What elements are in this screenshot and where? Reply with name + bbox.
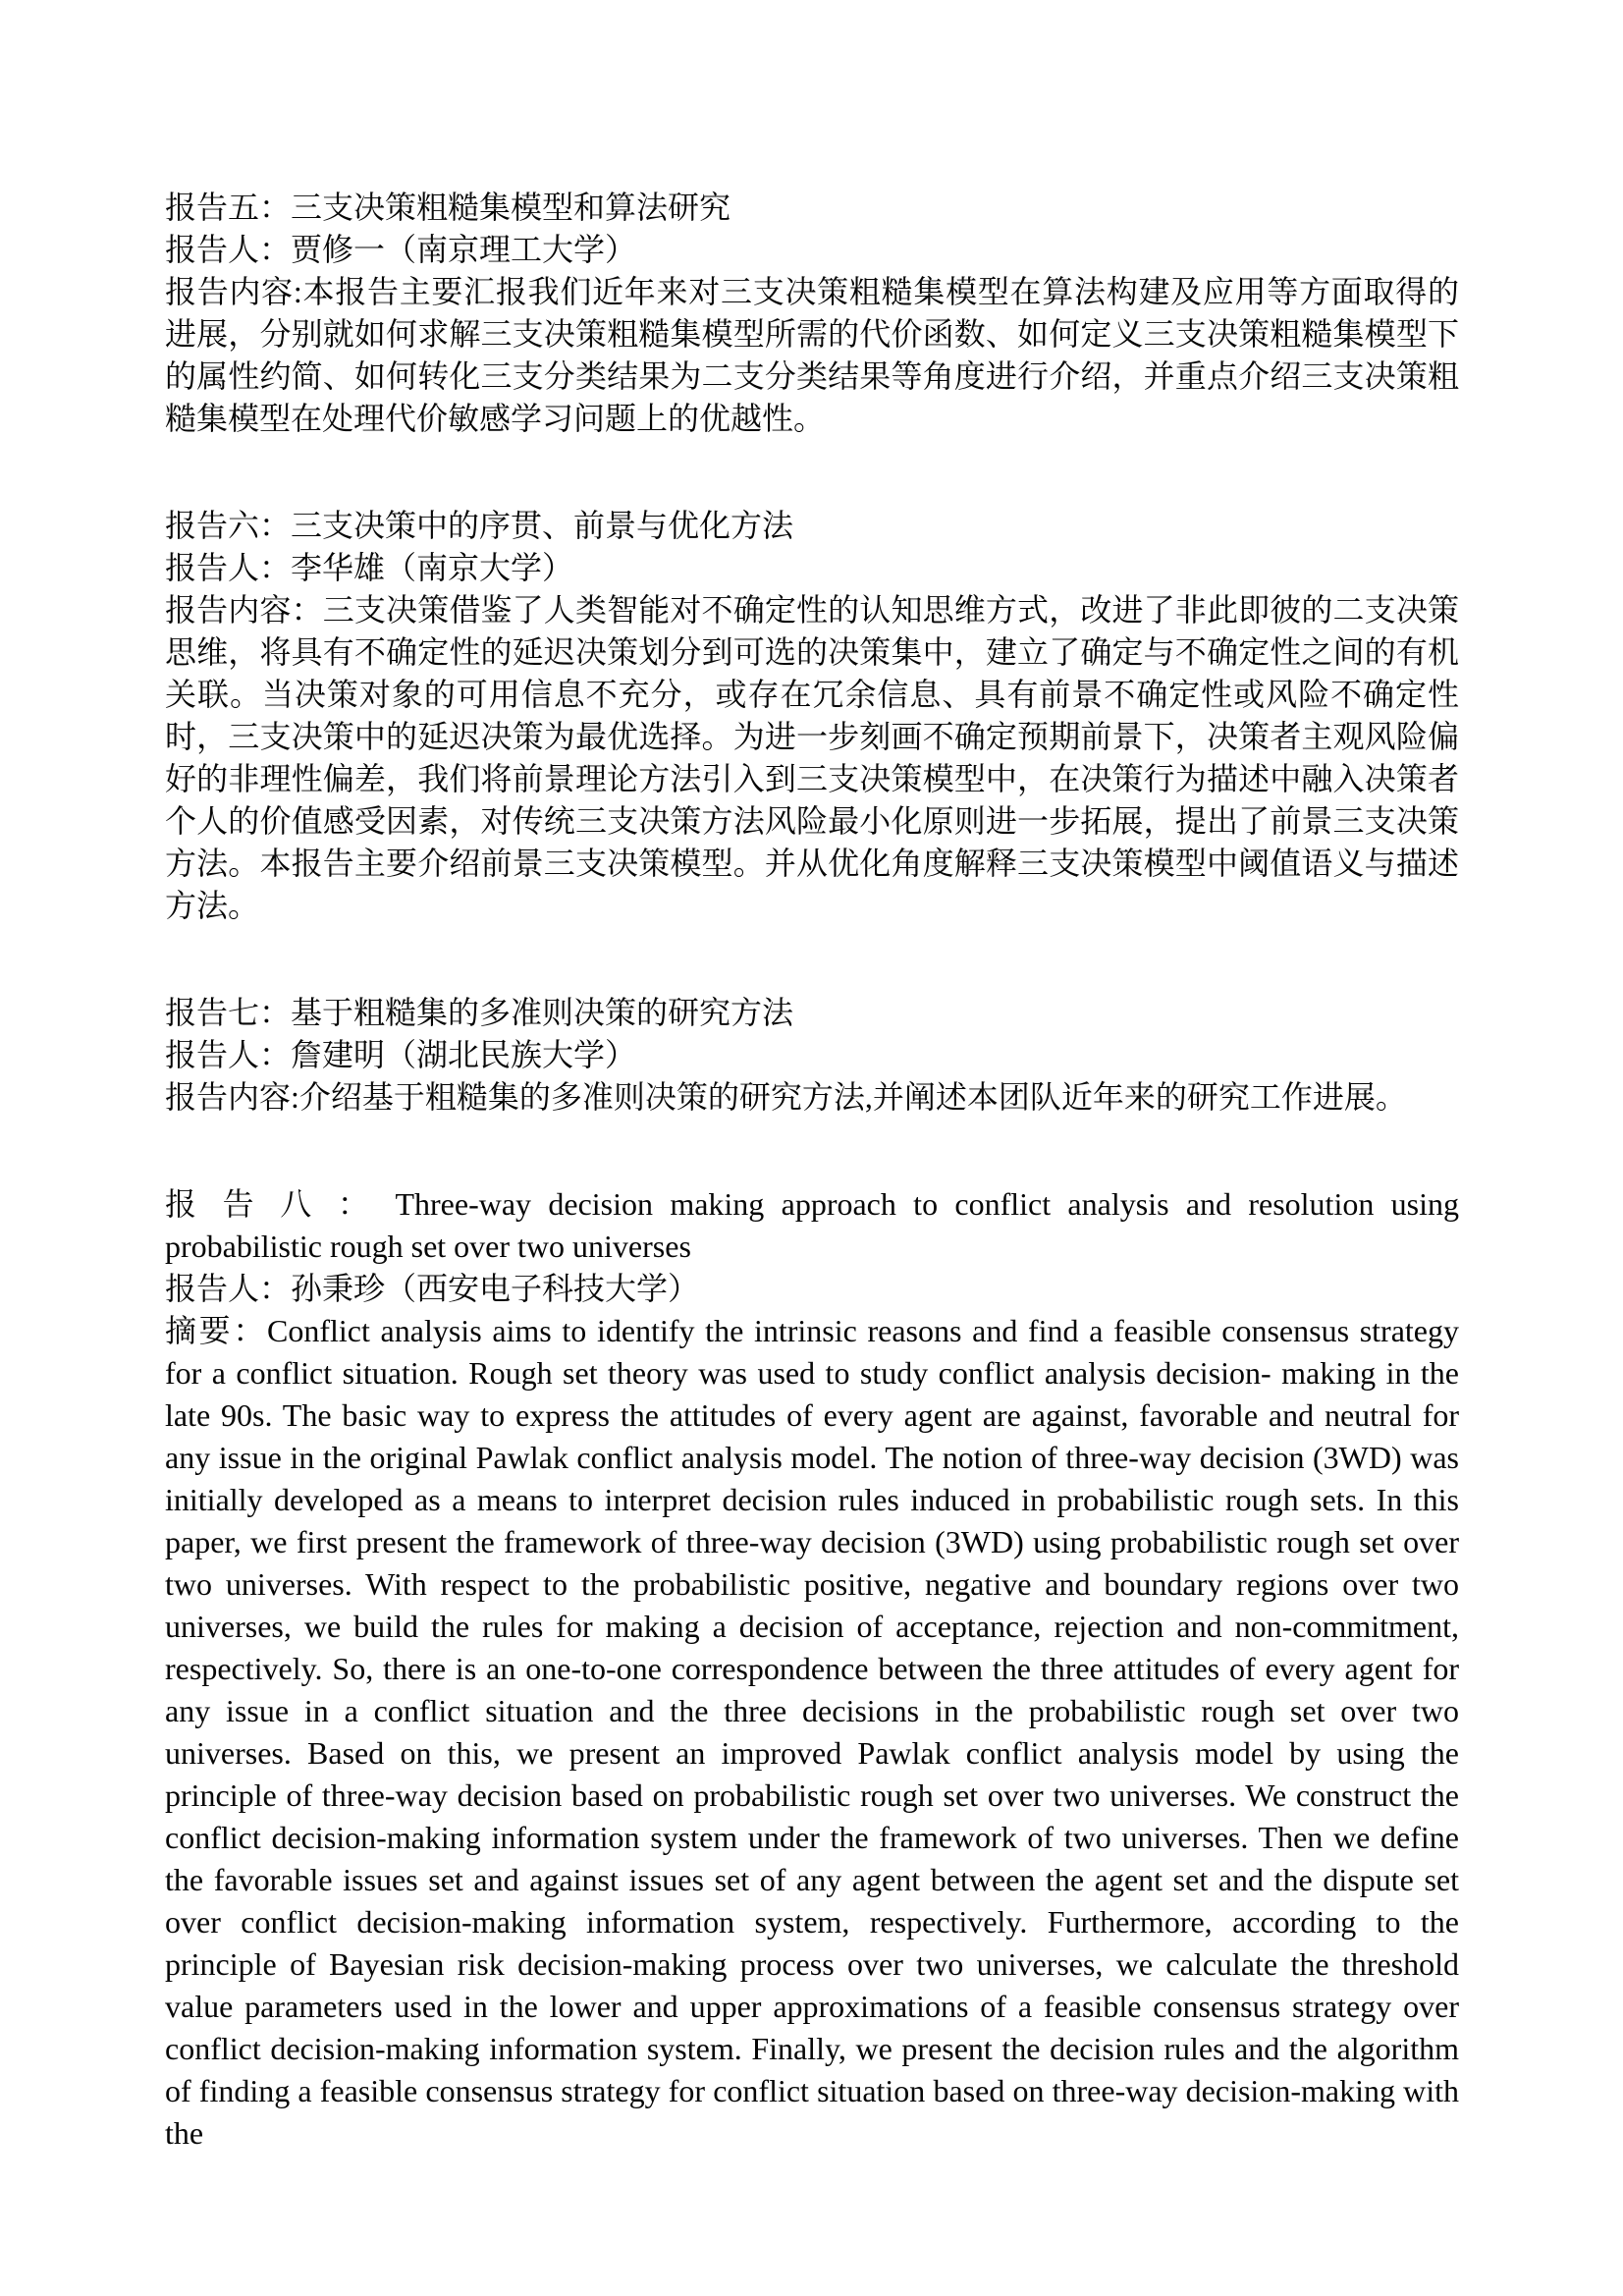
- report-7-title: 报告七：基于粗糙集的多准则决策的研究方法: [165, 992, 1459, 1034]
- report-section-8: 报 告 八 ： Three-way decision making approa…: [165, 1183, 1459, 2155]
- document-content: 报告五：三支决策粗糙集模型和算法研究 报告人：贾修一（南京理工大学） 报告内容:…: [165, 187, 1459, 2155]
- report-6-title: 报告六：三支决策中的序贯、前景与优化方法: [165, 505, 1459, 547]
- report-7-speaker: 报告人：詹建明（湖北民族大学）: [165, 1034, 1459, 1076]
- report-7-abstract: 报告内容:介绍基于粗糙集的多准则决策的研究方法,并阐述本团队近年来的研究工作进展…: [165, 1076, 1459, 1119]
- report-8-title: 报 告 八 ： Three-way decision making approa…: [165, 1183, 1459, 1268]
- report-6-speaker: 报告人：李华雄（南京大学）: [165, 547, 1459, 589]
- report-section-6: 报告六：三支决策中的序贯、前景与优化方法 报告人：李华雄（南京大学） 报告内容：…: [165, 505, 1459, 927]
- report-8-abstract: 摘要：Conflict analysis aims to identify th…: [165, 1310, 1459, 2155]
- report-section-5: 报告五：三支决策粗糙集模型和算法研究 报告人：贾修一（南京理工大学） 报告内容:…: [165, 187, 1459, 440]
- document-page: 报告五：三支决策粗糙集模型和算法研究 报告人：贾修一（南京理工大学） 报告内容:…: [0, 0, 1623, 2296]
- report-8-speaker: 报告人：孙秉珍（西安电子科技大学）: [165, 1268, 1459, 1310]
- report-section-7: 报告七：基于粗糙集的多准则决策的研究方法 报告人：詹建明（湖北民族大学） 报告内…: [165, 992, 1459, 1119]
- report-5-title: 报告五：三支决策粗糙集模型和算法研究: [165, 187, 1459, 229]
- report-5-speaker: 报告人：贾修一（南京理工大学）: [165, 229, 1459, 271]
- report-6-abstract: 报告内容：三支决策借鉴了人类智能对不确定性的认知思维方式，改进了非此即彼的二支决…: [165, 589, 1459, 927]
- report-5-abstract: 报告内容:本报告主要汇报我们近年来对三支决策粗糙集模型在算法构建及应用等方面取得…: [165, 271, 1459, 440]
